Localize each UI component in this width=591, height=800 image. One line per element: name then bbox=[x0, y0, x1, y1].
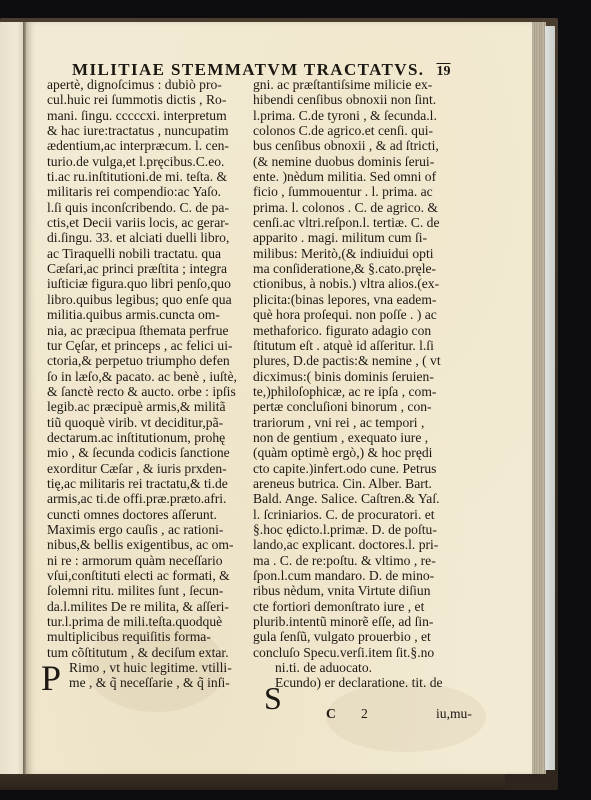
text-line: Rimo , vt huic legitime. vtilli- bbox=[47, 660, 255, 675]
text-line: (quàm optimè ergò,) & hoc prędi bbox=[253, 445, 485, 460]
text-line: ædentium,ac interpræcum. l. cen- bbox=[47, 138, 255, 153]
text-line: iuſticiæ figura.quo libri penſo,quo bbox=[47, 276, 255, 291]
text-line: què hora proſequi. non poſſe . ) ac bbox=[253, 307, 485, 322]
text-line: dicximus:( binis dominis ſeruien- bbox=[253, 369, 485, 384]
text-line: apparito . magi. militum cum ſi- bbox=[253, 230, 485, 245]
text-line: hibendi cenſibus obnoxii non ſint. bbox=[253, 92, 485, 107]
text-line: areneus butrica. Cin. Alber. Bart. bbox=[253, 476, 485, 491]
book-page: MILITIAE STEMMATVM TRACTATVS. 19 apertè,… bbox=[26, 22, 532, 774]
text-line: ma . C. de re:poſtu. & vltimo , re- bbox=[253, 553, 485, 568]
text-line: tiũ quoquè virib. vt deciditur,pã- bbox=[47, 415, 255, 430]
drop-cap-initial: P bbox=[41, 662, 61, 694]
text-line: da.l.milites De re milita, & aſſeri- bbox=[47, 599, 255, 614]
text-line: & hac iure:tractatus , nuncupatim bbox=[47, 123, 255, 138]
text-line: dectarum.ac inſtitutionum, prohę bbox=[47, 430, 255, 445]
right-text-column: gni. ac præſtantiſsime milicie ex- hiben… bbox=[253, 77, 485, 691]
text-line: ti.ac ru.inſtitutioni.de mi. teſta. & bbox=[47, 169, 255, 184]
drop-cap-initial: S bbox=[264, 682, 282, 714]
text-line: ni re : armorum quàm neceſſario bbox=[47, 553, 255, 568]
text-line: te,)philoſophicæ, ac re ipſa , com- bbox=[253, 384, 485, 399]
text-line: nia, ac præcipua ſthemata perfrue bbox=[47, 323, 255, 338]
text-line: non de gentium , exequato iure , bbox=[253, 430, 485, 445]
text-line: tur Cęſar, et princeps , ac felici ui- bbox=[47, 338, 255, 353]
text-line: cul.huic rei ſummotis dictis , Ro- bbox=[47, 92, 255, 107]
text-line: pertæ concluſioni binorum , con- bbox=[253, 399, 485, 414]
text-line: ente. )nèdum militia. Sed omni of bbox=[253, 169, 485, 184]
text-line: multiplicibus requiſitis forma- bbox=[47, 629, 255, 644]
text-line: ribus nèdum, vnita Virtute diſiun bbox=[253, 583, 485, 598]
text-line: militia.quibus armis.cuncta om- bbox=[47, 307, 255, 322]
text-line: (& nemine duobus dominis ſerui- bbox=[253, 154, 485, 169]
text-line: plicita:(binas lepores, vna eadem- bbox=[253, 292, 485, 307]
text-line: l. ſcriniarios. C. de procuratori. et bbox=[253, 507, 485, 522]
signature-mark: C bbox=[326, 706, 336, 722]
text-line: Bald. Ange. Salice. Caſtren.& Yaſ. bbox=[253, 491, 485, 506]
text-line: Cæſari,ac princi præſtita ; integra bbox=[47, 261, 255, 276]
text-line: armis,ac ti.de offi.præ.præto.afri. bbox=[47, 491, 255, 506]
text-line: ni.ti. de aduocato. bbox=[253, 660, 485, 675]
text-line: lando,ac explicant. doctores.l. pri- bbox=[253, 537, 485, 552]
text-line: gula ſenſũ, vulgato prouerbio , et bbox=[253, 629, 485, 644]
text-line: legib.ac præcipuè armis,& militã bbox=[47, 399, 255, 414]
text-line: ſtitutum eſt . atquè id aſſeritur. l.ſi bbox=[253, 338, 485, 353]
text-line: ctionibus, à nobis.) vltra alios.(ex- bbox=[253, 276, 485, 291]
text-line: ſpon.l.cum mandaro. D. de mino- bbox=[253, 568, 485, 583]
text-line: cte fortiori demonſtrato iure , et bbox=[253, 599, 485, 614]
text-line: ſo in læſo,& pacato. ac benè , iuſtè, bbox=[47, 369, 255, 384]
text-line: apertè, dignoſcimus : dubiò pro- bbox=[47, 77, 255, 92]
left-text-column: apertè, dignoſcimus : dubiò pro- cul.hui… bbox=[47, 77, 255, 691]
text-line: §.hoc ędicto.l.primæ. D. de poſtu- bbox=[253, 522, 485, 537]
text-line: plurib.intentũ minorẽ eſſe, ad ſin- bbox=[253, 614, 485, 629]
text-line: tum cõſtitutum , & deciſum extar. bbox=[47, 645, 255, 660]
page-stack-edge bbox=[530, 22, 546, 774]
catchword: iu,mu- bbox=[436, 706, 472, 722]
fore-edge bbox=[545, 26, 555, 770]
text-line: trariorum , vni rei , ac tempori , bbox=[253, 415, 485, 430]
text-line: ſolemni ritu. milites ſunt , ſecun- bbox=[47, 583, 255, 598]
text-line: ac Tiraquelli nobili tractatu. qua bbox=[47, 246, 255, 261]
text-line: Ecundo) er declaratione. tit. de bbox=[253, 675, 485, 690]
text-line: vſui,conſtituti electi ac formati, & bbox=[47, 568, 255, 583]
text-line: cuncti omnes doctores aſſerunt. bbox=[47, 507, 255, 522]
text-line: ficio , ſummouentur . l. prima. ac bbox=[253, 184, 485, 199]
facing-page-edge bbox=[0, 22, 25, 774]
text-line: milibus: Meritò,(& indiuidui opti bbox=[253, 246, 485, 261]
text-line: bus cenſibus obnoxii , & ad ſtricti, bbox=[253, 138, 485, 153]
text-line: Maximis ergo cauſis , ac rationi- bbox=[47, 522, 255, 537]
text-line: tur.l.prima de mili.teſta.quodquè bbox=[47, 614, 255, 629]
text-line: me , & q̃ neceſſarie , & q̃ inſi- bbox=[47, 675, 255, 690]
text-line: cenſi.ac vltri.reſpon.l. tertiæ. C. de bbox=[253, 215, 485, 230]
signature-number: 2 bbox=[361, 706, 368, 722]
text-line: prima. l. colonos . C. de agrico. & bbox=[253, 200, 485, 215]
text-line: exorditur Cæſar , & iuris prxden- bbox=[47, 461, 255, 476]
text-line: l.prima. C.de tyroni , & ſecunda.l. bbox=[253, 108, 485, 123]
text-line: libro.quibus legibus; quo enſe qua bbox=[47, 292, 255, 307]
book-cover-bottom-edge bbox=[0, 772, 505, 790]
text-line: plures, D.de pactis:& nemine , ( vt bbox=[253, 353, 485, 368]
text-line: concluſo Specu.verſi.item ſit.§.no bbox=[253, 645, 485, 660]
text-line: mio , & ſecunda codicis ſanctione bbox=[47, 445, 255, 460]
text-line: methaforico. figurato adagio con bbox=[253, 323, 485, 338]
text-line: nibus,& bellis exigentibus, ac om- bbox=[47, 537, 255, 552]
text-line: cto capite.)infert.odo cune. Petrus bbox=[253, 461, 485, 476]
text-line: ctoria,& perpetuo triumpho defen bbox=[47, 353, 255, 368]
text-line: ctis,et Decii variis locis, ac gerar- bbox=[47, 215, 255, 230]
text-line: mani. ſingu. cccccxi. interpretum bbox=[47, 108, 255, 123]
text-line: turio.de vulga,et l.pręcibus.C.eo. bbox=[47, 154, 255, 169]
text-line: l.ſi quis inconſcribendo. C. de pa- bbox=[47, 200, 255, 215]
text-line: & ſanctè recto & aucto. orbe : ipſis bbox=[47, 384, 255, 399]
text-line: colonos C.de agrico.et cenſi. qui- bbox=[253, 123, 485, 138]
text-line: tię,ac militaris rei tractatu,& ti.de bbox=[47, 476, 255, 491]
text-line: gni. ac præſtantiſsime milicie ex- bbox=[253, 77, 485, 92]
text-line: militaris rei compendio:ac Yaſo. bbox=[47, 184, 255, 199]
text-line: ma conſideratione,& §.cato.pręle- bbox=[253, 261, 485, 276]
text-line: di.ſingu. 33. et alciati duelli libro, bbox=[47, 230, 255, 245]
